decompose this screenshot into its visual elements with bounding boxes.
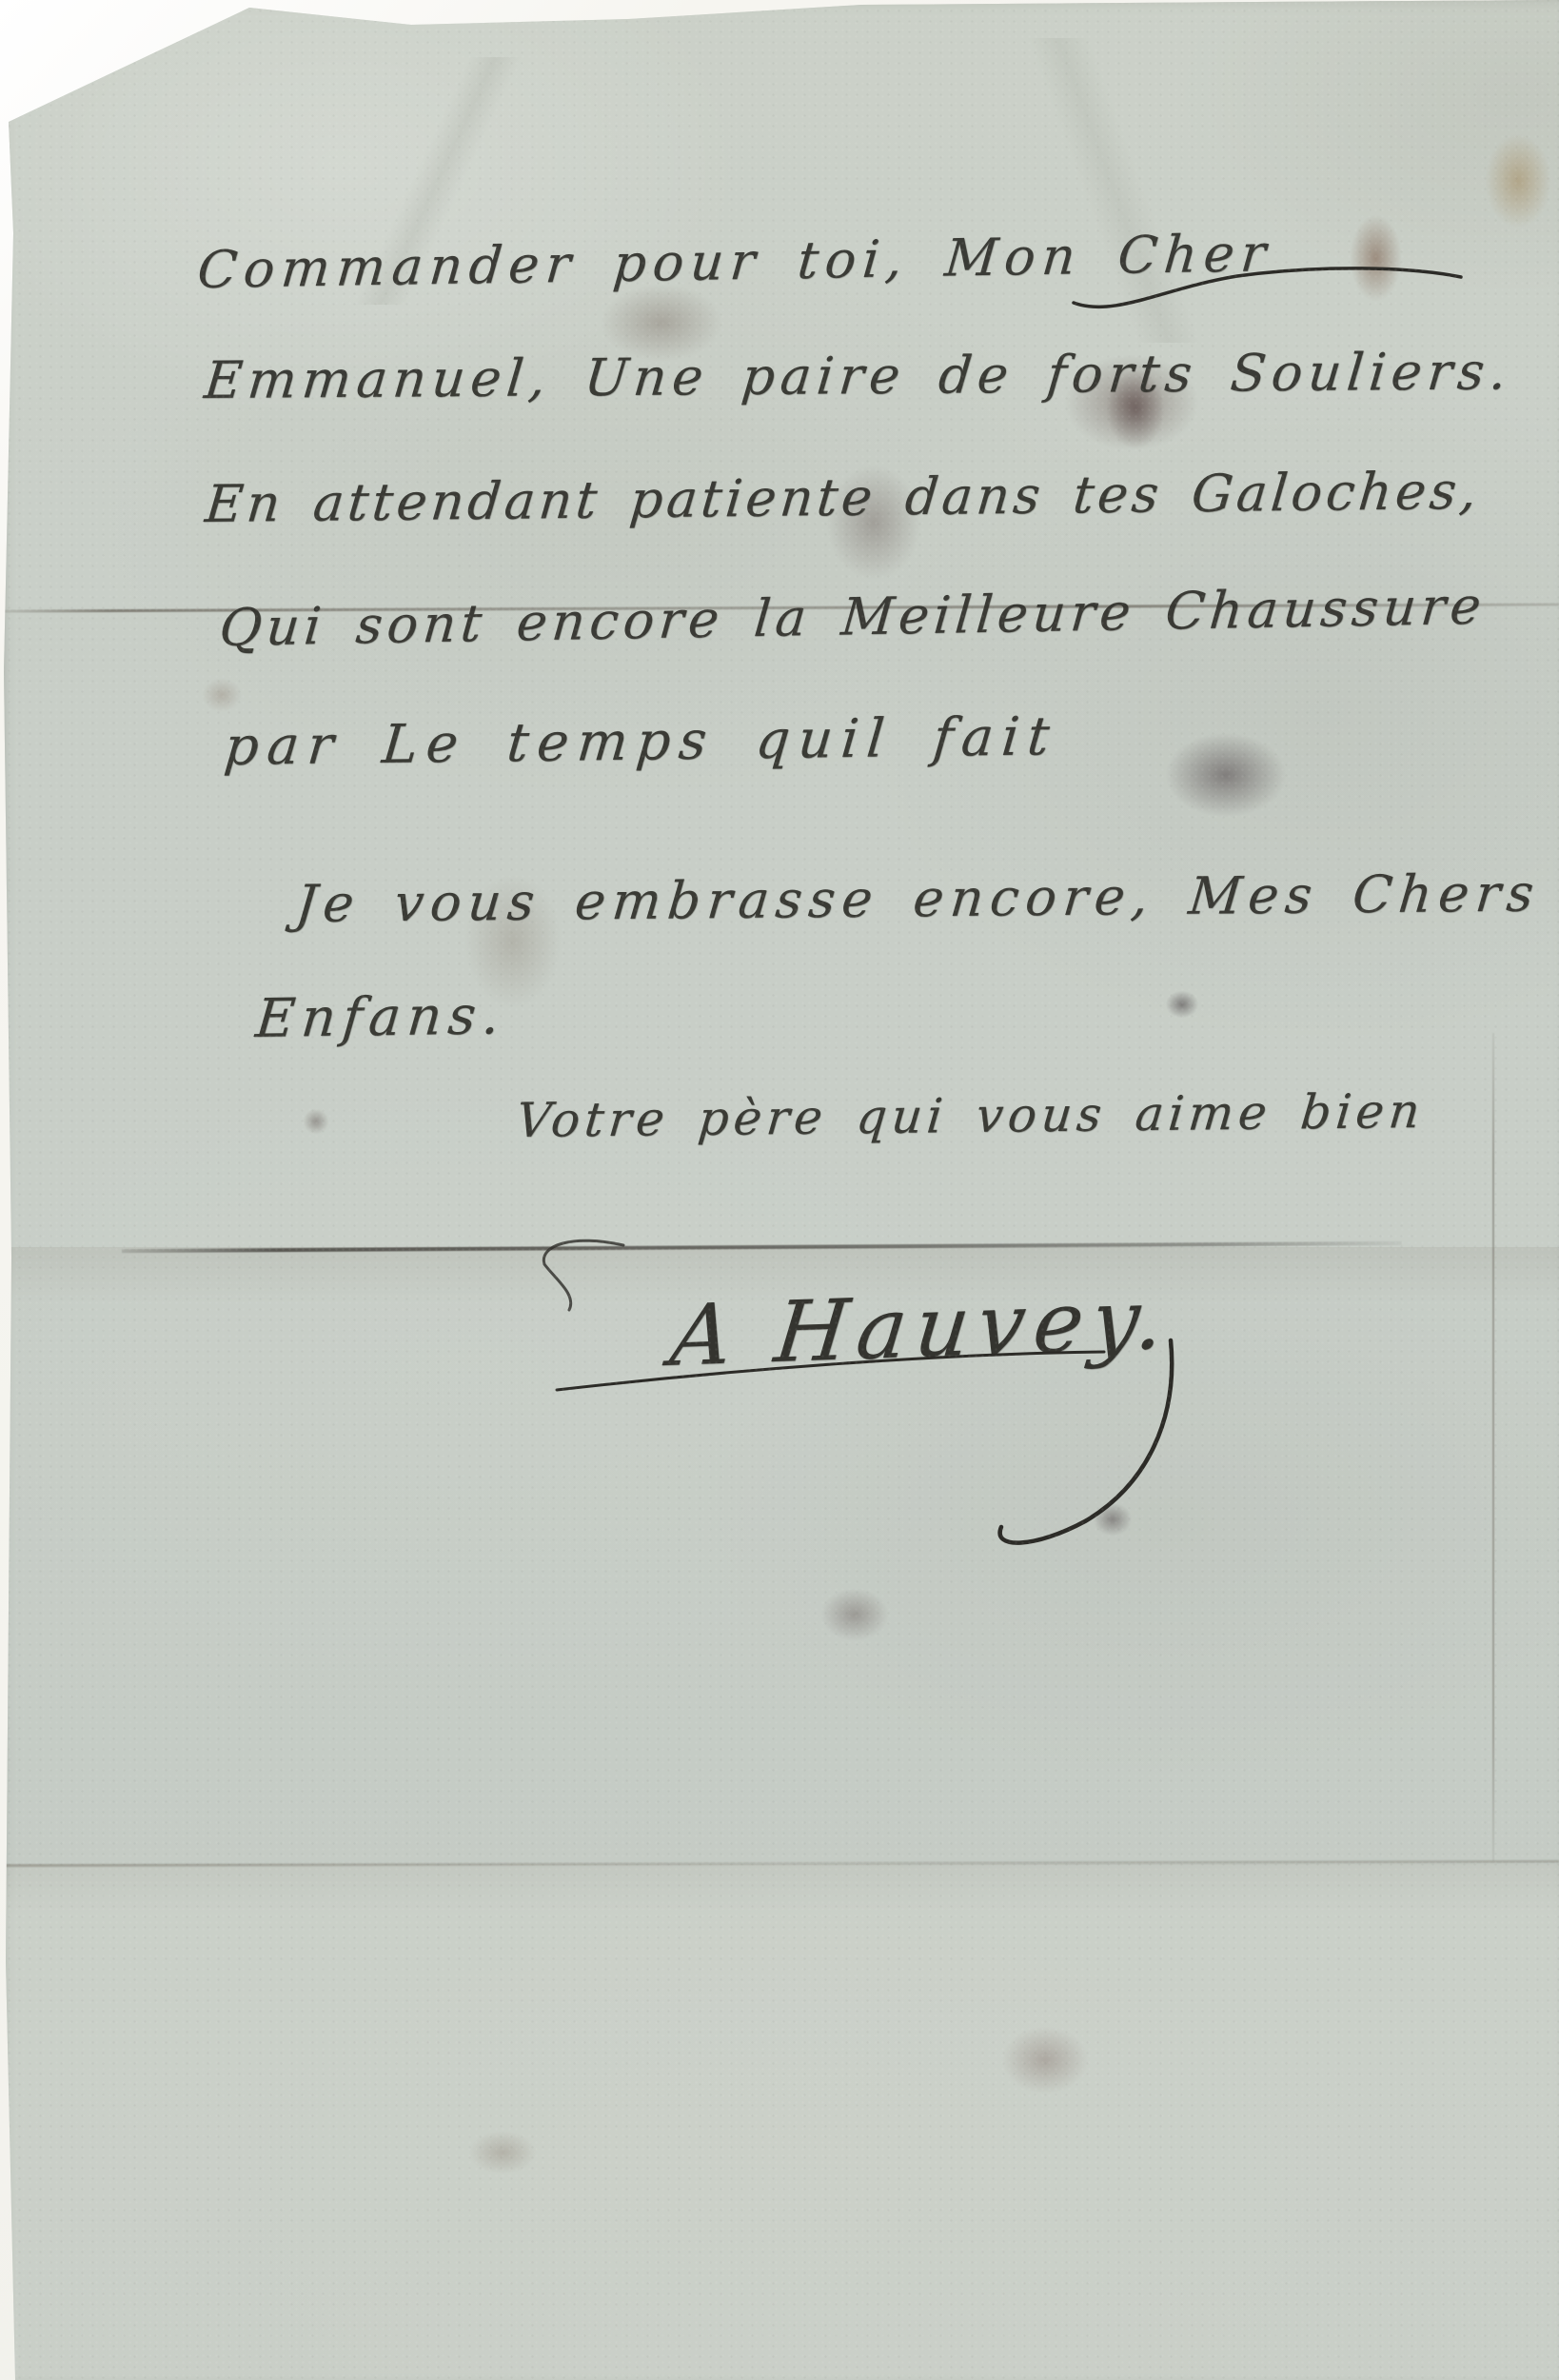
handwritten-line-8: Votre père qui vous aime bien [514, 1083, 1427, 1148]
line1-end-flourish [1074, 268, 1461, 307]
crease-ink-mark [543, 1240, 623, 1310]
letter-photo: Commander pour toi, Mon Cher Emmanuel, U… [0, 0, 1559, 2380]
ink-smudge [820, 1588, 889, 1641]
signature-underline-flourish [557, 1352, 1104, 1390]
pen-flourishes [0, 0, 1559, 2380]
foxing-spot [202, 678, 242, 712]
paper-panel-lower-middle [0, 1247, 1559, 1864]
handwritten-line-2: Emmanuel, Une paire de forts Souliers. [202, 341, 1515, 410]
ink-smudge [600, 284, 723, 362]
ink-smudge [1001, 2026, 1089, 2094]
signature: A Hauvey. [666, 1269, 1177, 1385]
ink-speck [1165, 990, 1199, 1019]
paper-crease-shadow [780, 38, 1447, 343]
ink-speck [1093, 1502, 1133, 1537]
ink-smudge [464, 874, 562, 1009]
paper-crease-shadow [171, 57, 704, 305]
paper-panel-bottom [0, 1864, 1559, 2380]
paper-edge-line-right [1492, 1033, 1494, 1861]
ink-smudge [826, 465, 921, 581]
paper-panel-upper-middle [0, 609, 1559, 1247]
foxing-spot [1485, 133, 1551, 228]
handwritten-line-3: En attendant patiente dans tes Galoches, [203, 461, 1483, 534]
ink-speck [303, 1108, 329, 1135]
ink-blot [1163, 731, 1289, 819]
signature-descender-flourish [1000, 1340, 1173, 1543]
ink-smudge [1064, 354, 1199, 451]
handwritten-line-6: Je vous embrasse encore, Mes Chers [293, 863, 1543, 934]
handwritten-line-1: Commander pour toi, Mon Cher [195, 223, 1274, 300]
handwritten-line-5: par Le temps quil fait [222, 705, 1060, 778]
paper-panel-top [0, 0, 1559, 609]
fold-crease-bottom [0, 1860, 1559, 1867]
letter-paper: Commander pour toi, Mon Cher Emmanuel, U… [0, 0, 1559, 2380]
handwritten-line-4: Qui sont encore la Meilleure Chaussure [217, 576, 1489, 658]
fold-crease-middle [122, 1241, 1402, 1253]
ink-smudge [468, 2131, 537, 2174]
handwritten-line-7: Enfans. [253, 984, 509, 1050]
ink-smudge [1350, 214, 1402, 302]
ink-smudge [1106, 369, 1165, 449]
fold-crease-top [0, 603, 1559, 612]
